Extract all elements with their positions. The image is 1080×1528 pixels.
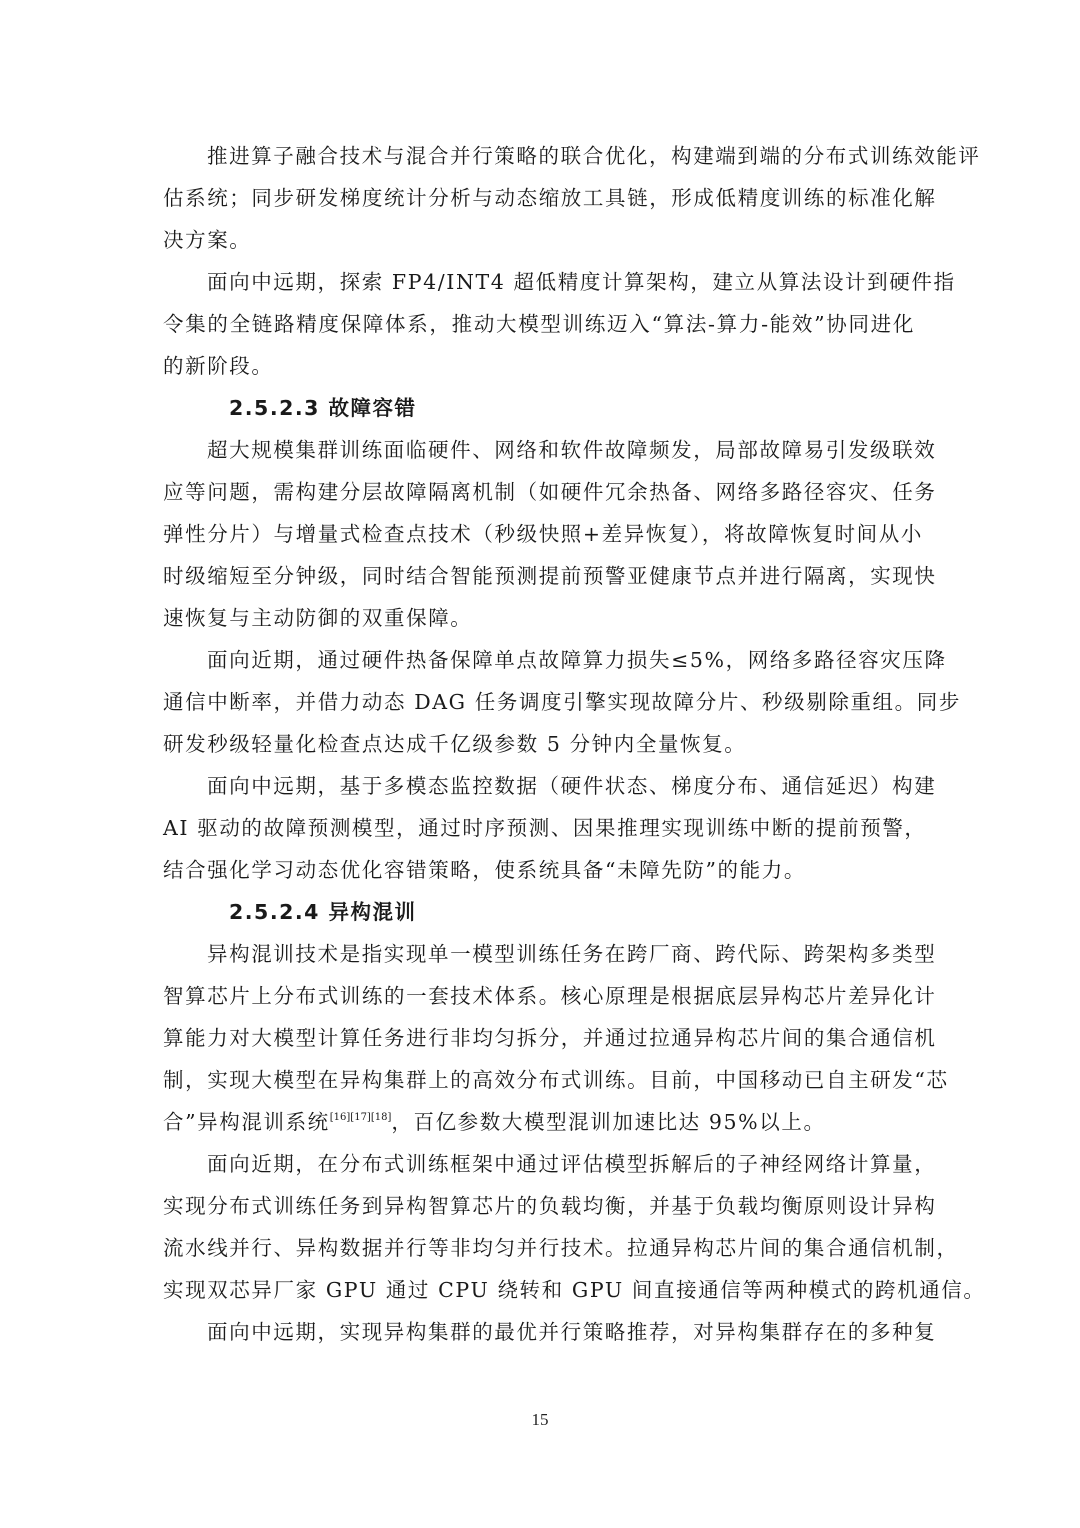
document-page-body: 推进算子融合技术与混合并行策略的联合优化，构建端到端的分布式训练效能评估系统；同… bbox=[163, 138, 915, 1356]
text-line: 的新阶段。 bbox=[163, 348, 915, 390]
text-line: 决方案。 bbox=[163, 222, 915, 264]
text-line: 实现双芯异厂家 GPU 通过 CPU 绕转和 GPU 间直接通信等两种模式的跨机… bbox=[163, 1272, 915, 1314]
text-line: 面向中远期，实现异构集群的最优并行策略推荐，对异构集群存在的多种复 bbox=[163, 1314, 915, 1356]
text-line: 流水线并行、异构数据并行等非均匀并行技术。拉通异构芯片间的集合通信机制， bbox=[163, 1230, 915, 1272]
text-line: 结合强化学习动态优化容错策略，使系统具备“未障先防”的能力。 bbox=[163, 852, 915, 894]
text-line: 面向中远期，探索 FP4/INT4 超低精度计算架构，建立从算法设计到硬件指 bbox=[163, 264, 915, 306]
text-line: 制，实现大模型在异构集群上的高效分布式训练。目前，中国移动已自主研发“芯 bbox=[163, 1062, 915, 1104]
text-line: 估系统；同步研发梯度统计分析与动态缩放工具链，形成低精度训练的标准化解 bbox=[163, 180, 915, 222]
para-continuation: 推进算子融合技术与混合并行策略的联合优化，构建端到端的分布式训练效能评估系统；同… bbox=[163, 138, 915, 264]
page-number: 15 bbox=[0, 1410, 1080, 1430]
para-heterogeneous-mid-long-term: 面向中远期，实现异构集群的最优并行策略推荐，对异构集群存在的多种复 bbox=[163, 1314, 915, 1356]
text-line: 速恢复与主动防御的双重保障。 bbox=[163, 600, 915, 642]
text-line: 合”异构混训系统[16][17][18]，百亿参数大模型混训加速比达 95%以上… bbox=[163, 1104, 915, 1146]
text-line: 弹性分片）与增量式检查点技术（秒级快照+差异恢复），将故障恢复时间从小 bbox=[163, 516, 915, 558]
text-line: 算能力对大模型计算任务进行非均匀拆分，并通过拉通异构芯片间的集合通信机 bbox=[163, 1020, 915, 1062]
para-mid-long-term-precision: 面向中远期，探索 FP4/INT4 超低精度计算架构，建立从算法设计到硬件指令集… bbox=[163, 264, 915, 390]
para-fault-tolerance-intro: 超大规模集群训练面临硬件、网络和软件故障频发，局部故障易引发级联效应等问题，需构… bbox=[163, 432, 915, 642]
citation-link[interactable]: [16][17][18] bbox=[330, 1112, 392, 1123]
para-fault-tolerance-near-term: 面向近期，通过硬件热备保障单点故障算力损失≤5%，网络多路径容灾压降通信中断率，… bbox=[163, 642, 915, 768]
text-line: 异构混训技术是指实现单一模型训练任务在跨厂商、跨代际、跨架构多类型 bbox=[163, 936, 915, 978]
text-line: 智算芯片上分布式训练的一套技术体系。核心原理是根据底层异构芯片差异化计 bbox=[163, 978, 915, 1020]
text-line: 令集的全链路精度保障体系，推动大模型训练迈入“算法-算力-能效”协同进化 bbox=[163, 306, 915, 348]
section-heading-text: 2.5.2.3 故障容错 bbox=[163, 390, 915, 432]
text-line: 推进算子融合技术与混合并行策略的联合优化，构建端到端的分布式训练效能评 bbox=[163, 138, 915, 180]
text-line: AI 驱动的故障预测模型，通过时序预测、因果推理实现训练中断的提前预警， bbox=[163, 810, 915, 852]
para-heterogeneous-near-term: 面向近期，在分布式训练框架中通过评估模型拆解后的子神经网络计算量，实现分布式训练… bbox=[163, 1146, 915, 1314]
text-line: 面向近期，在分布式训练框架中通过评估模型拆解后的子神经网络计算量， bbox=[163, 1146, 915, 1188]
text-line: 应等问题，需构建分层故障隔离机制（如硬件冗余热备、网络多路径容灾、任务 bbox=[163, 474, 915, 516]
text-line: 超大规模集群训练面临硬件、网络和软件故障频发，局部故障易引发级联效 bbox=[163, 432, 915, 474]
para-heterogeneous-intro: 异构混训技术是指实现单一模型训练任务在跨厂商、跨代际、跨架构多类型智算芯片上分布… bbox=[163, 936, 915, 1104]
text-fragment: ，百亿参数大模型混训加速比达 95%以上。 bbox=[391, 1110, 825, 1134]
text-line: 时级缩短至分钟级，同时结合智能预测提前预警亚健康节点并进行隔离，实现快 bbox=[163, 558, 915, 600]
text-line: 面向中远期，基于多模态监控数据（硬件状态、梯度分布、通信延迟）构建 bbox=[163, 768, 915, 810]
text-line: 实现分布式训练任务到异构智算芯片的负载均衡，并基于负载均衡原则设计异构 bbox=[163, 1188, 915, 1230]
para-fault-tolerance-mid-long-term: 面向中远期，基于多模态监控数据（硬件状态、梯度分布、通信延迟）构建AI 驱动的故… bbox=[163, 768, 915, 894]
section-heading-2-5-2-3: 2.5.2.3 故障容错 bbox=[163, 390, 915, 432]
text-line: 通信中断率，并借力动态 DAG 任务调度引擎实现故障分片、秒级剔除重组。同步 bbox=[163, 684, 915, 726]
para-heterogeneous-cite-line: 合”异构混训系统[16][17][18]，百亿参数大模型混训加速比达 95%以上… bbox=[163, 1104, 915, 1146]
text-line: 面向近期，通过硬件热备保障单点故障算力损失≤5%，网络多路径容灾压降 bbox=[163, 642, 915, 684]
text-line: 研发秒级轻量化检查点达成千亿级参数 5 分钟内全量恢复。 bbox=[163, 726, 915, 768]
text-fragment: 合”异构混训系统 bbox=[163, 1110, 330, 1134]
section-heading-2-5-2-4: 2.5.2.4 异构混训 bbox=[163, 894, 915, 936]
section-heading-text: 2.5.2.4 异构混训 bbox=[163, 894, 915, 936]
